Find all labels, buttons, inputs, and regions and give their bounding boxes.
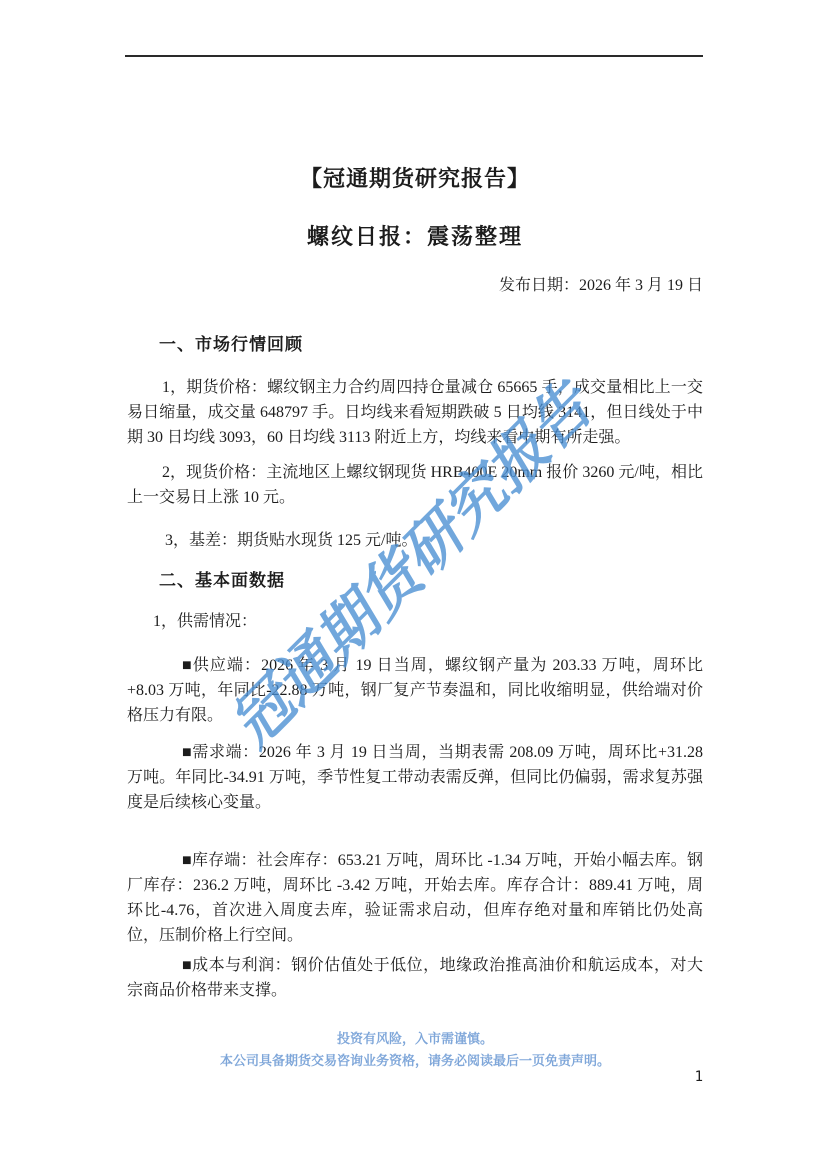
label-supply-demand: 1，供需情况： (127, 609, 703, 634)
paragraph-spot-price: 2，现货价格：主流地区上螺纹钢现货 HRB400E 20mm 报价 3260 元… (127, 460, 703, 510)
paragraph-inventory: ■库存端：社会库存：653.21 万吨，周环比 -1.34 万吨，开始小幅去库。… (127, 848, 703, 948)
report-subtitle: 螺纹日报：震荡整理 (127, 223, 703, 251)
footer-risk-warning: 投资有风险，入市需谨慎。 (127, 1028, 703, 1050)
paragraph-supply-side: ■供应端：2026 年 3 月 19 日当周，螺纹钢产量为 203.33 万吨，… (127, 653, 703, 728)
publish-date: 发布日期：2026 年 3 月 19 日 (127, 273, 703, 298)
page-number: 1 (695, 1068, 703, 1086)
report-page: 冠通期货研究报告 【冠通期货研究报告】 螺纹日报：震荡整理 发布日期：2026 … (0, 0, 826, 1169)
footer-disclaimer: 本公司具备期货交易咨询业务资格，请务必阅读最后一页免责声明。 (127, 1050, 703, 1072)
paragraph-basis: 3，基差：期货贴水现货 125 元/吨。 (127, 528, 703, 553)
paragraph-futures-price: 1，期货价格：螺纹钢主力合约周四持仓量减仓 65665 手，成交量相比上一交易日… (127, 375, 703, 450)
paragraph-cost-profit: ■成本与利润：钢价估值处于低位，地缘政治推高油价和航运成本，对大宗商品价格带来支… (127, 953, 703, 1003)
report-title: 【冠通期货研究报告】 (127, 165, 703, 193)
paragraph-demand-side: ■需求端：2026 年 3 月 19 日当周，当期表需 208.09 万吨，周环… (127, 740, 703, 815)
report-body: 【冠通期货研究报告】 螺纹日报：震荡整理 发布日期：2026 年 3 月 19 … (127, 57, 703, 1003)
page-footer: 投资有风险，入市需谨慎。 本公司具备期货交易咨询业务资格，请务必阅读最后一页免责… (127, 1028, 703, 1072)
section-heading-market-review: 一、市场行情回顾 (127, 332, 703, 357)
section-heading-fundamentals: 二、基本面数据 (127, 568, 703, 593)
